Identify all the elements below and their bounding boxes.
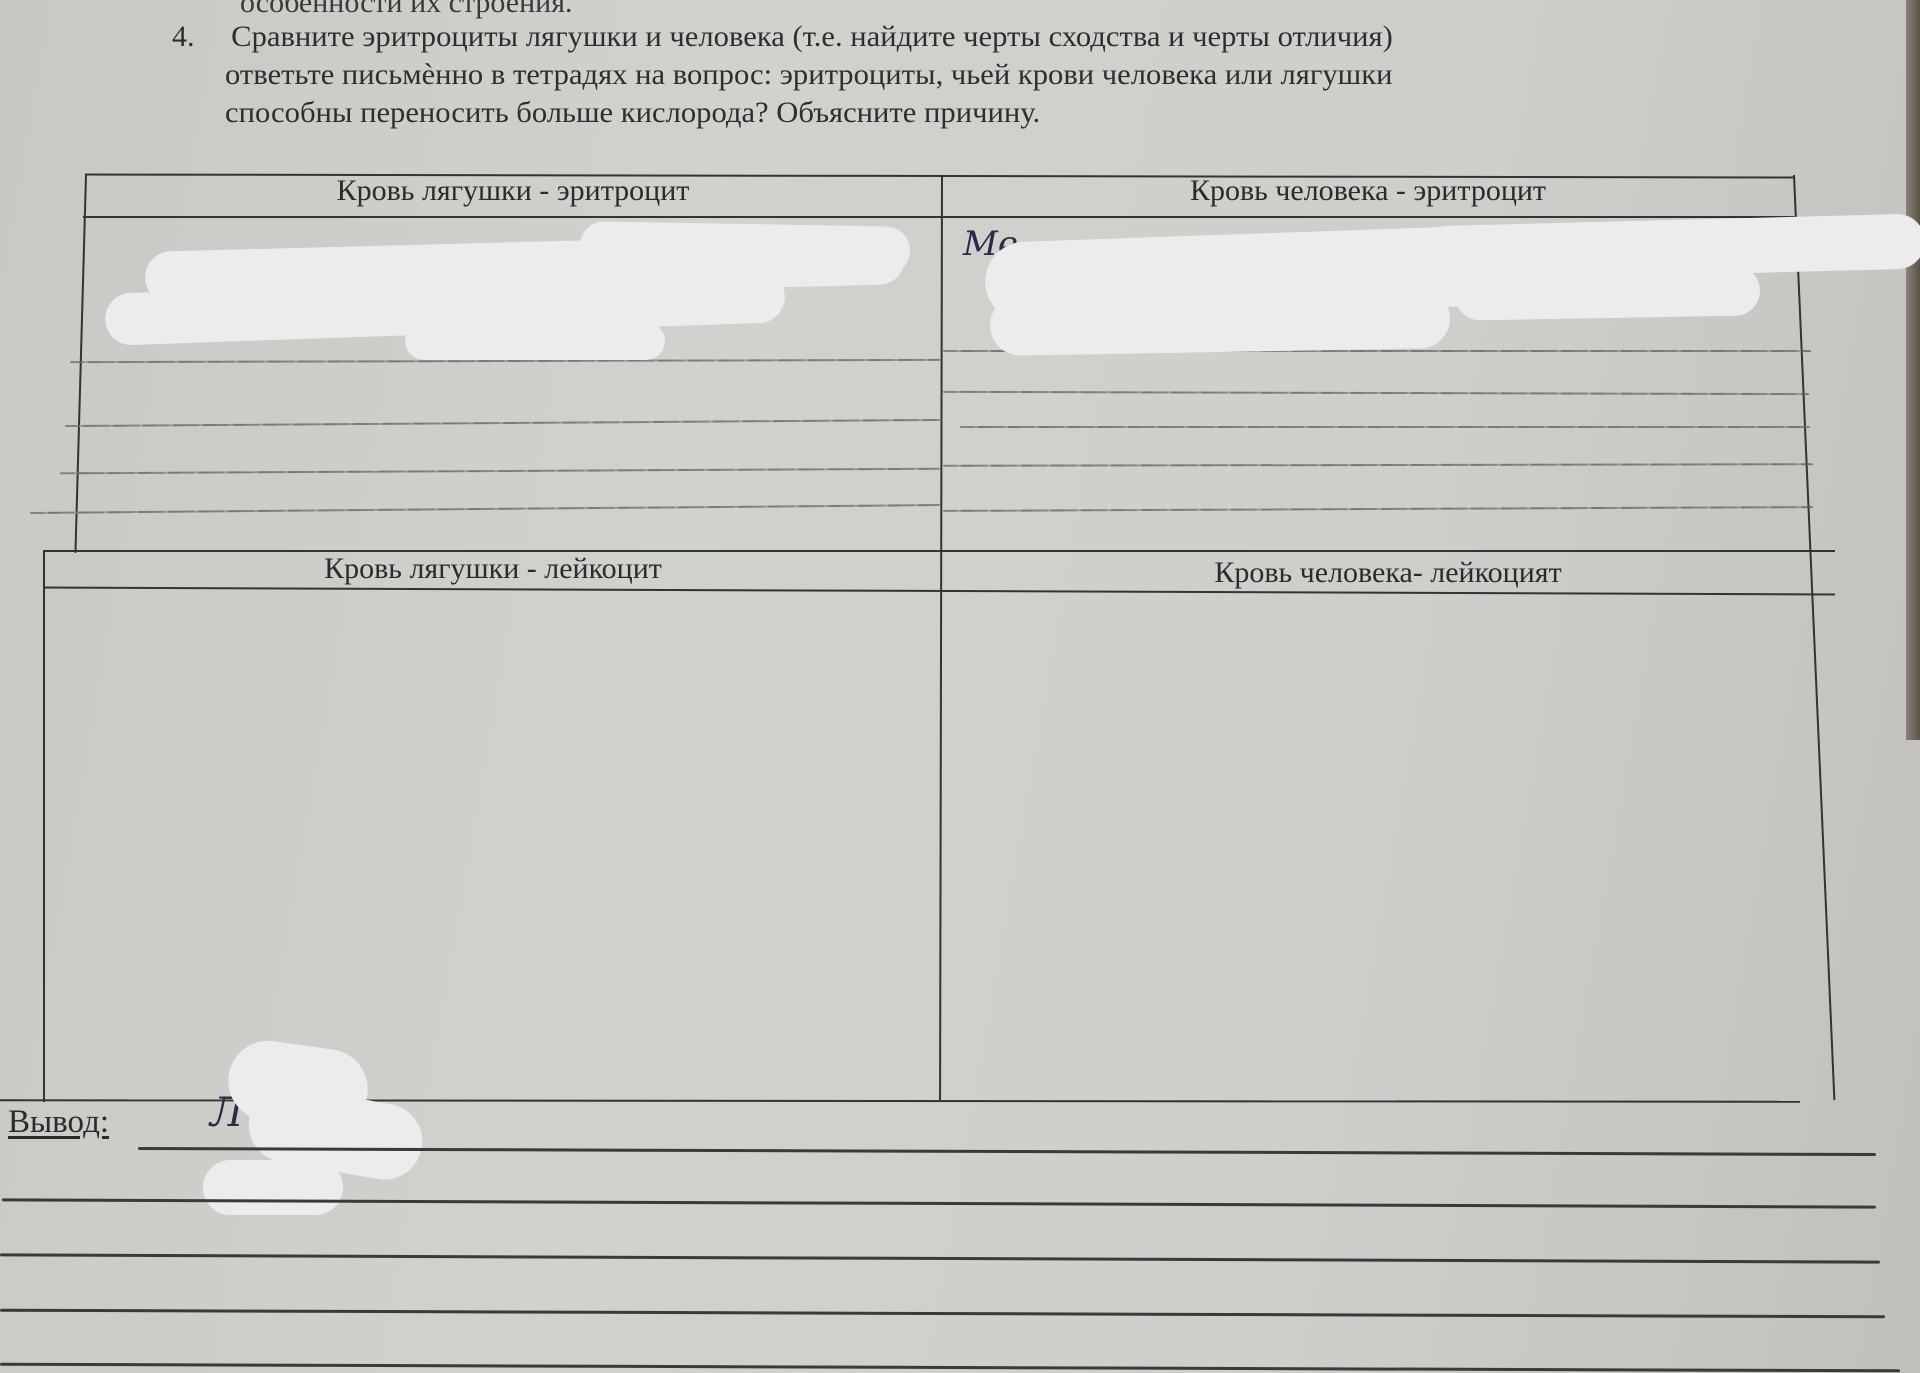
task-line-2: ответьте письмѐнно в тетрадях на вопрос:… [172,56,1722,94]
answer-line[interactable] [0,1309,1885,1319]
task-line-1: Сравните эритроциты лягушки и человека (… [172,18,1722,56]
table-border-right [1793,175,1835,1100]
redaction-mark [1455,265,1761,320]
redaction-mark [203,1160,343,1215]
redaction-mark [580,221,911,275]
table-column-divider [939,175,943,1101]
redaction-mark [405,322,665,360]
cell-title-frog-wbc: Кровь лягушки - лейкоцит [45,552,941,586]
cut-off-text: особенности их строения. [240,0,573,20]
pencil-line [943,391,1809,395]
conclusion-label: Вывод: [8,1104,109,1141]
cell-title-human-rbc: Кровь человека - эритроцит [943,174,1793,208]
redaction-mark [990,288,1451,356]
task-line-3: способны переносить больше кислорода? Об… [172,94,1722,132]
paper-edge [1906,0,1920,740]
answer-line[interactable] [0,1253,1880,1263]
pencil-line [65,419,940,427]
task-instructions: 4. Сравните эритроциты лягушки и человек… [172,18,1692,132]
pencil-line [943,463,1813,467]
pencil-line [960,426,1810,428]
cell-title-human-wbc: Кровь человека- лейкоцият [943,556,1833,590]
cell-title-frog-rbc: Кровь лягушки - эритроцит [85,174,941,208]
table-border-left-lower [43,550,45,1102]
pencil-line [30,504,940,514]
comparison-table: Кровь лягушки - эритроцит Кровь человека… [85,172,1795,1102]
pencil-line [943,506,1813,512]
pencil-line [60,468,940,475]
answer-line[interactable] [0,1363,1900,1373]
table-border-left-upper [74,175,87,553]
